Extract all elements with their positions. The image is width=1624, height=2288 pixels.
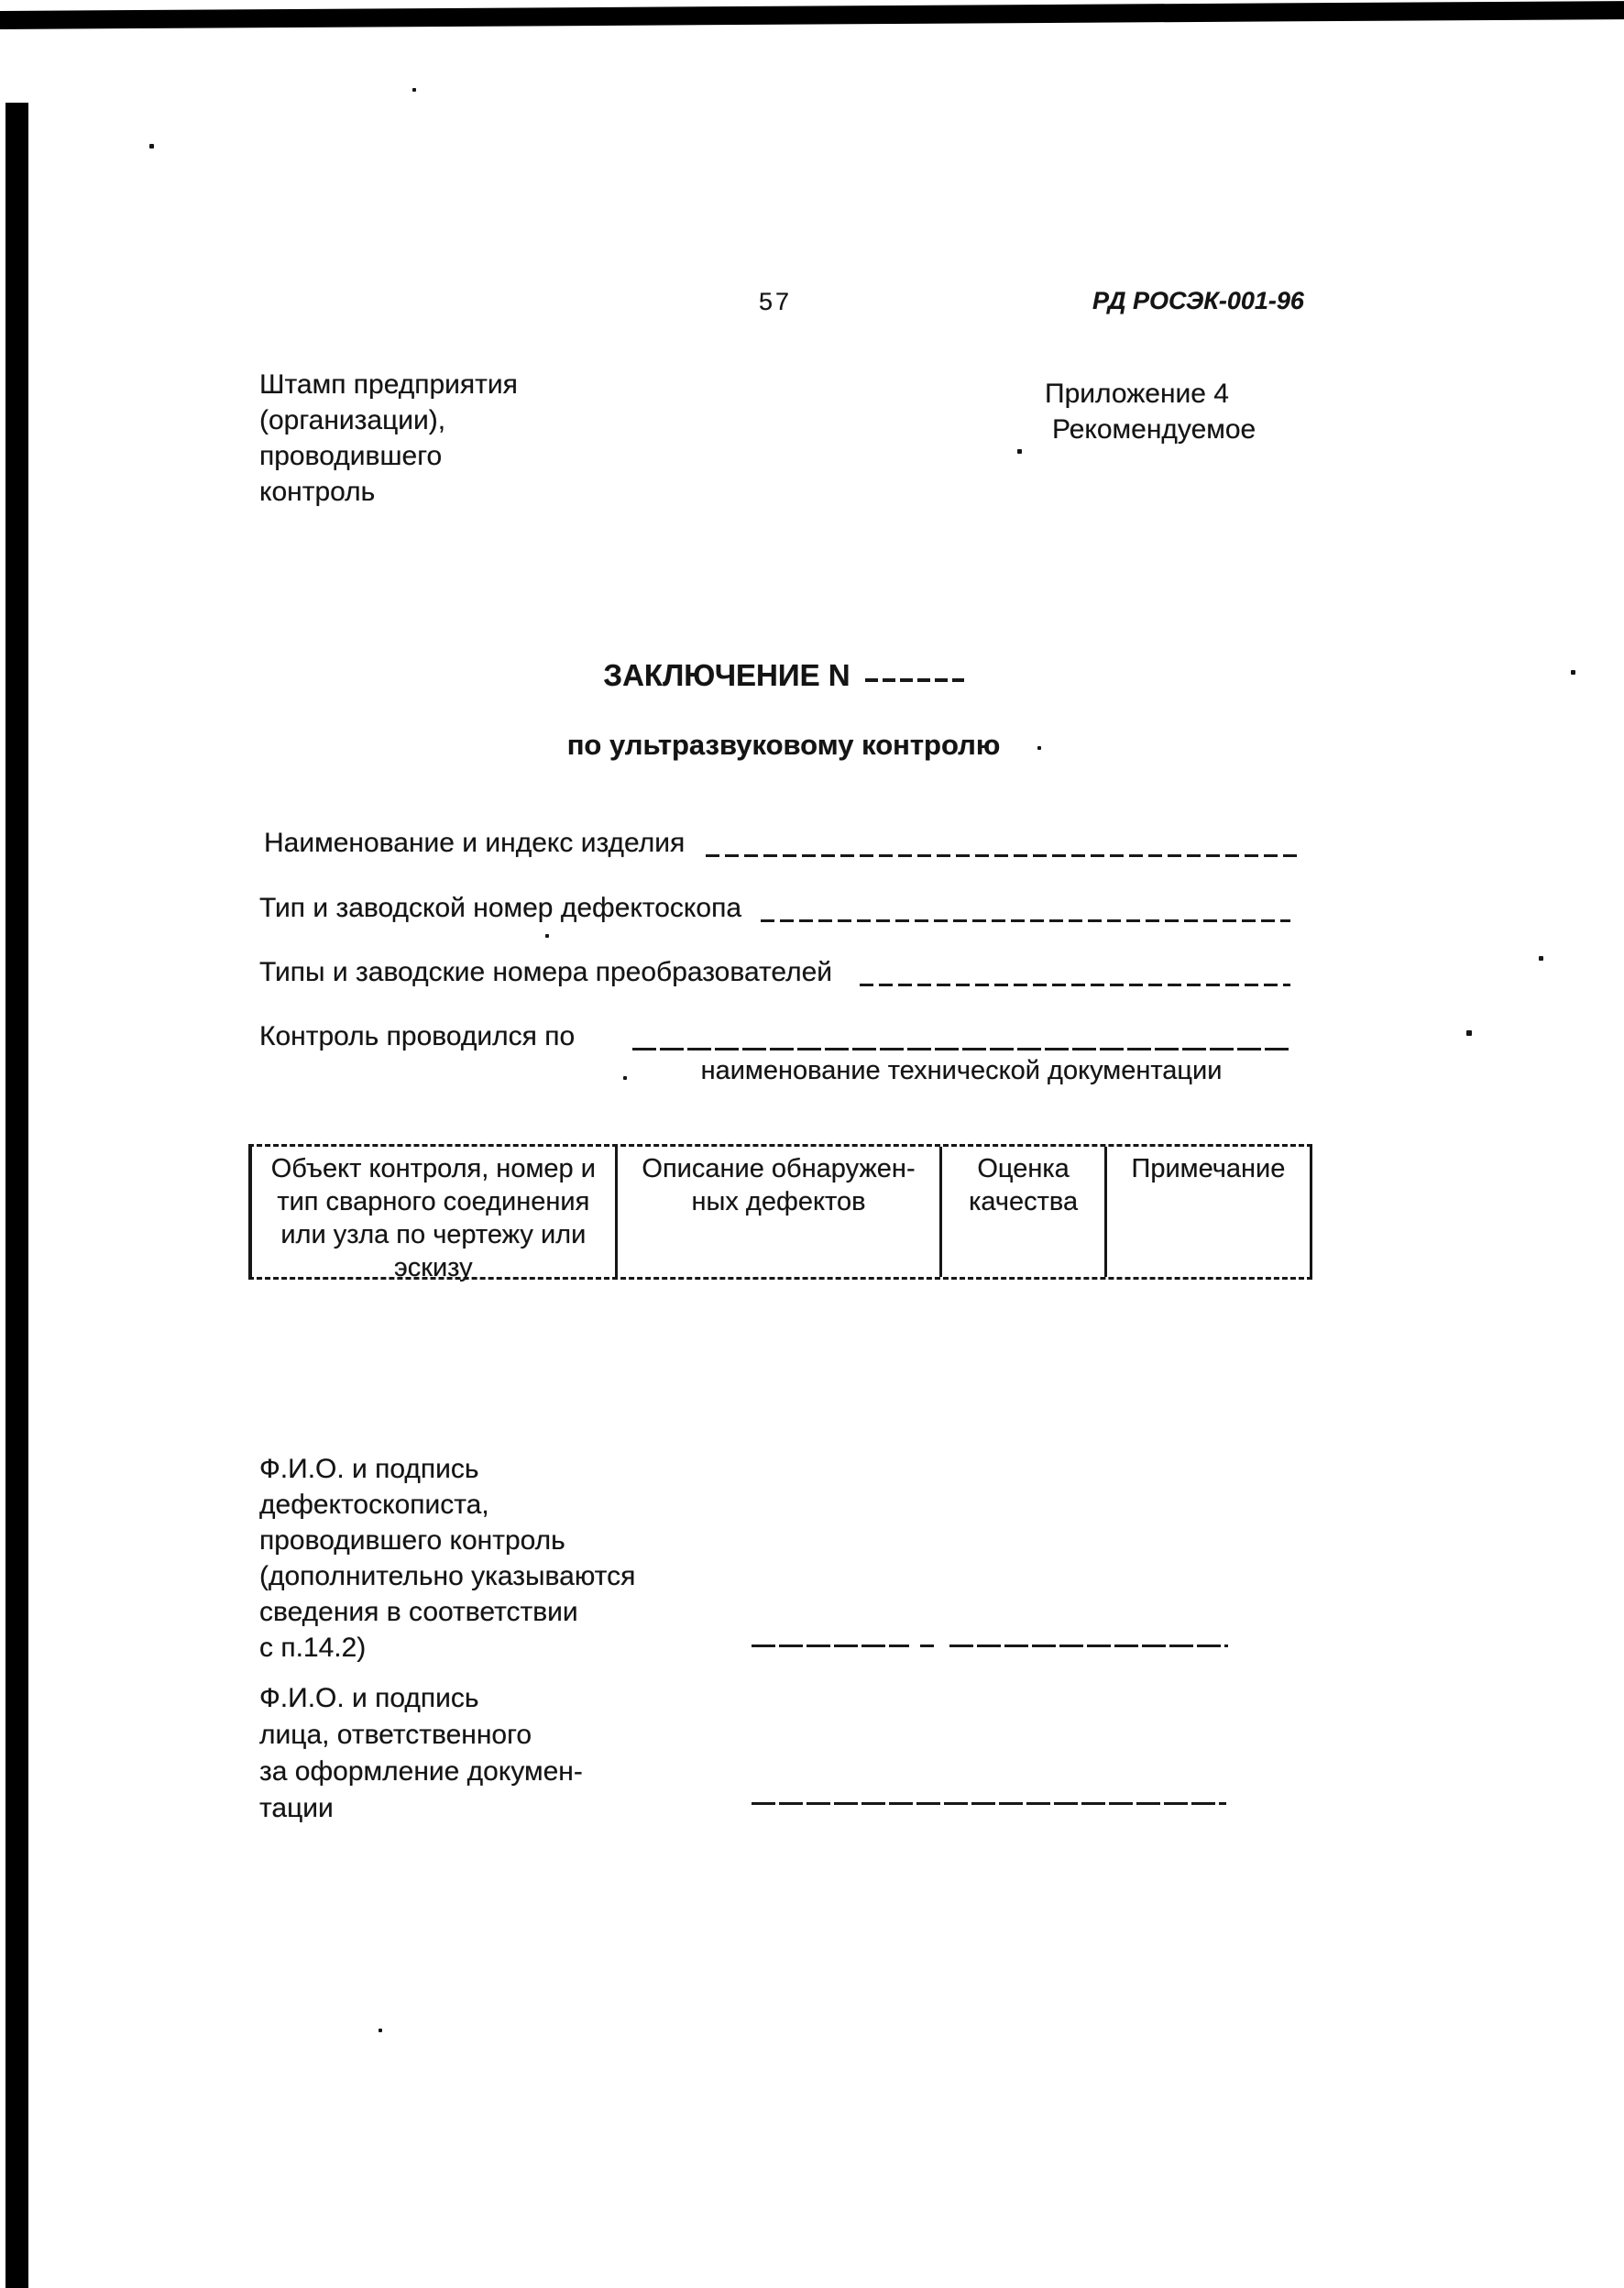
scan-speck <box>1017 449 1022 454</box>
signature-label-line: тации <box>259 1790 583 1827</box>
table-header-line: ных дефектов <box>618 1185 940 1218</box>
signature-label-line: проводившего контроль <box>259 1523 635 1558</box>
scan-speck <box>1539 956 1543 961</box>
scan-speck <box>1466 1030 1472 1036</box>
scan-speck <box>1571 670 1575 675</box>
table-header-notes: Примечание <box>1107 1147 1310 1277</box>
table-header-object: Объект контроля, номер и тип сварного со… <box>252 1147 618 1277</box>
signature-label-line: с п.14.2) <box>259 1630 635 1666</box>
signature-line-document-officer <box>752 1802 1226 1805</box>
table-header-line: Оценка <box>942 1152 1103 1185</box>
appendix-line: Рекомендуемое <box>1045 412 1256 447</box>
signature-line-inspector <box>752 1644 909 1647</box>
signature-label-line: за оформление докумен- <box>259 1754 583 1790</box>
stamp-line: (организации), <box>259 402 518 438</box>
appendix-line: Приложение 4 <box>1045 376 1256 412</box>
field-label-flaw-detector: Тип и заводской номер дефектоскопа <box>259 890 741 926</box>
stamp-line: контроль <box>259 474 518 510</box>
table-header-line: тип сварного соединения <box>252 1185 615 1218</box>
field-label-transducers: Типы и заводские номера преобразователей <box>259 954 832 990</box>
field-blank-line-transducers <box>860 984 1290 986</box>
signature-label-line: Ф.И.О. и подпись <box>259 1451 635 1487</box>
signature-line-inspector <box>920 1644 937 1647</box>
form-title: ЗАКЛЮЧЕНИЕ N <box>603 658 850 692</box>
field-blank-line-product <box>706 854 1297 857</box>
table-header-line: или узла по чертежу или <box>252 1218 615 1251</box>
appendix-note: Приложение 4 Рекомендуемое <box>1045 376 1256 447</box>
table-header-line: эскизу <box>252 1251 615 1284</box>
signature-label-line: лица, ответственного <box>259 1717 583 1754</box>
table-header-line: Описание обнаружен- <box>618 1152 940 1185</box>
signature-label-inspector: Ф.И.О. и подпись дефектоскописта, провод… <box>259 1451 635 1666</box>
field-label-control-docs: Контроль проводился по <box>259 1018 575 1054</box>
stamp-block: Штамп предприятия (организации), проводи… <box>259 367 518 510</box>
scan-speck <box>412 88 416 92</box>
table-header-line: Примечание <box>1107 1152 1310 1185</box>
scanned-form-page: 57 РД РОСЭК-001-96 Штамп предприятия (ор… <box>0 0 1624 2288</box>
table-header-quality: Оценка качества <box>942 1147 1106 1277</box>
field-blank-line-control-docs <box>632 1048 1290 1050</box>
signature-label-line: (дополнительно указываются <box>259 1558 635 1594</box>
doc-code: РД РОСЭК-001-96 <box>1092 287 1304 315</box>
field-blank-line-flaw-detector <box>761 919 1290 922</box>
table-header-defects: Описание обнаружен- ных дефектов <box>618 1147 943 1277</box>
field-label-product: Наименование и индекс изделия <box>264 825 685 861</box>
field-caption-control-docs: наименование технической документации <box>632 1056 1290 1086</box>
table-header-line: качества <box>942 1185 1103 1218</box>
table-header-line: Объект контроля, номер и <box>252 1152 615 1185</box>
signature-label-document-officer: Ф.И.О. и подпись лица, ответственного за… <box>259 1680 583 1827</box>
stamp-line: Штамп предприятия <box>259 367 518 402</box>
signature-line-inspector <box>949 1644 1228 1647</box>
scan-speck <box>149 144 154 148</box>
left-scan-bar <box>5 103 28 2288</box>
page-number: 57 <box>759 288 792 316</box>
signature-label-line: дефектоскописта, <box>259 1487 635 1523</box>
stamp-line: проводившего <box>259 438 518 474</box>
title-number-blank-line <box>865 678 964 682</box>
form-subtitle: по ультразвуковому контролю <box>567 729 1001 761</box>
scan-speck <box>379 2029 382 2032</box>
signature-label-line: Ф.И.О. и подпись <box>259 1680 583 1717</box>
scan-speck <box>545 934 549 938</box>
results-table: Объект контроля, номер и тип сварного со… <box>248 1144 1312 1280</box>
scan-speck <box>623 1076 627 1080</box>
top-scan-bar <box>0 1 1624 29</box>
signature-label-line: сведения в соответствии <box>259 1594 635 1630</box>
